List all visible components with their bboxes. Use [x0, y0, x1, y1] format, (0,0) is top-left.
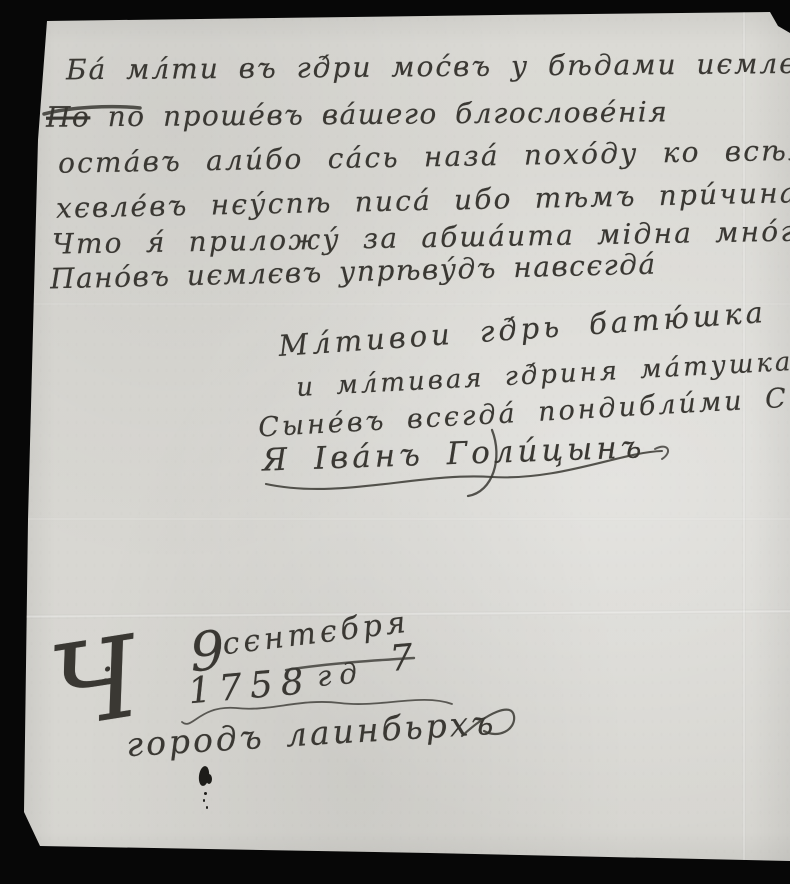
- ink-blot-drip: [204, 792, 207, 795]
- fold-crease-vertical: [742, 0, 746, 884]
- signature-end-hook: [655, 447, 668, 459]
- date-superscript: 7: [388, 637, 414, 680]
- ink-blot-lobe: [206, 774, 212, 784]
- body-line: По по проше́въ ва́шего блгослове́нія: [46, 95, 669, 133]
- body-line: Ба́ мл́ти въ гд́ри мос́въ у бѣдами иємлє…: [66, 47, 790, 87]
- body-line-text: по проше́въ ва́шего блгослове́нія: [90, 95, 668, 133]
- body-line: оста́въ али́бо са́сь наза́ похо́ду ко вс…: [58, 133, 790, 180]
- ink-blot-drip: [206, 806, 208, 809]
- scanned-letter: Ба́ мл́ти въ гд́ри мос́въ у бѣдами иємлє…: [0, 0, 790, 884]
- date-year-suffix: гд: [316, 656, 367, 693]
- fold-crease-horizontal-faint: [0, 517, 790, 521]
- date-month: сєнтєбря: [221, 605, 412, 663]
- struck-word: По: [46, 100, 91, 133]
- place-line: городъ лаинбьрхъ: [125, 703, 497, 765]
- paper-sheet: Ба́ мл́ти въ гд́ри мос́въ у бѣдами иємлє…: [0, 0, 790, 884]
- ink-blot-drip: [203, 799, 205, 802]
- ornate-initial-marks: :: [100, 648, 113, 692]
